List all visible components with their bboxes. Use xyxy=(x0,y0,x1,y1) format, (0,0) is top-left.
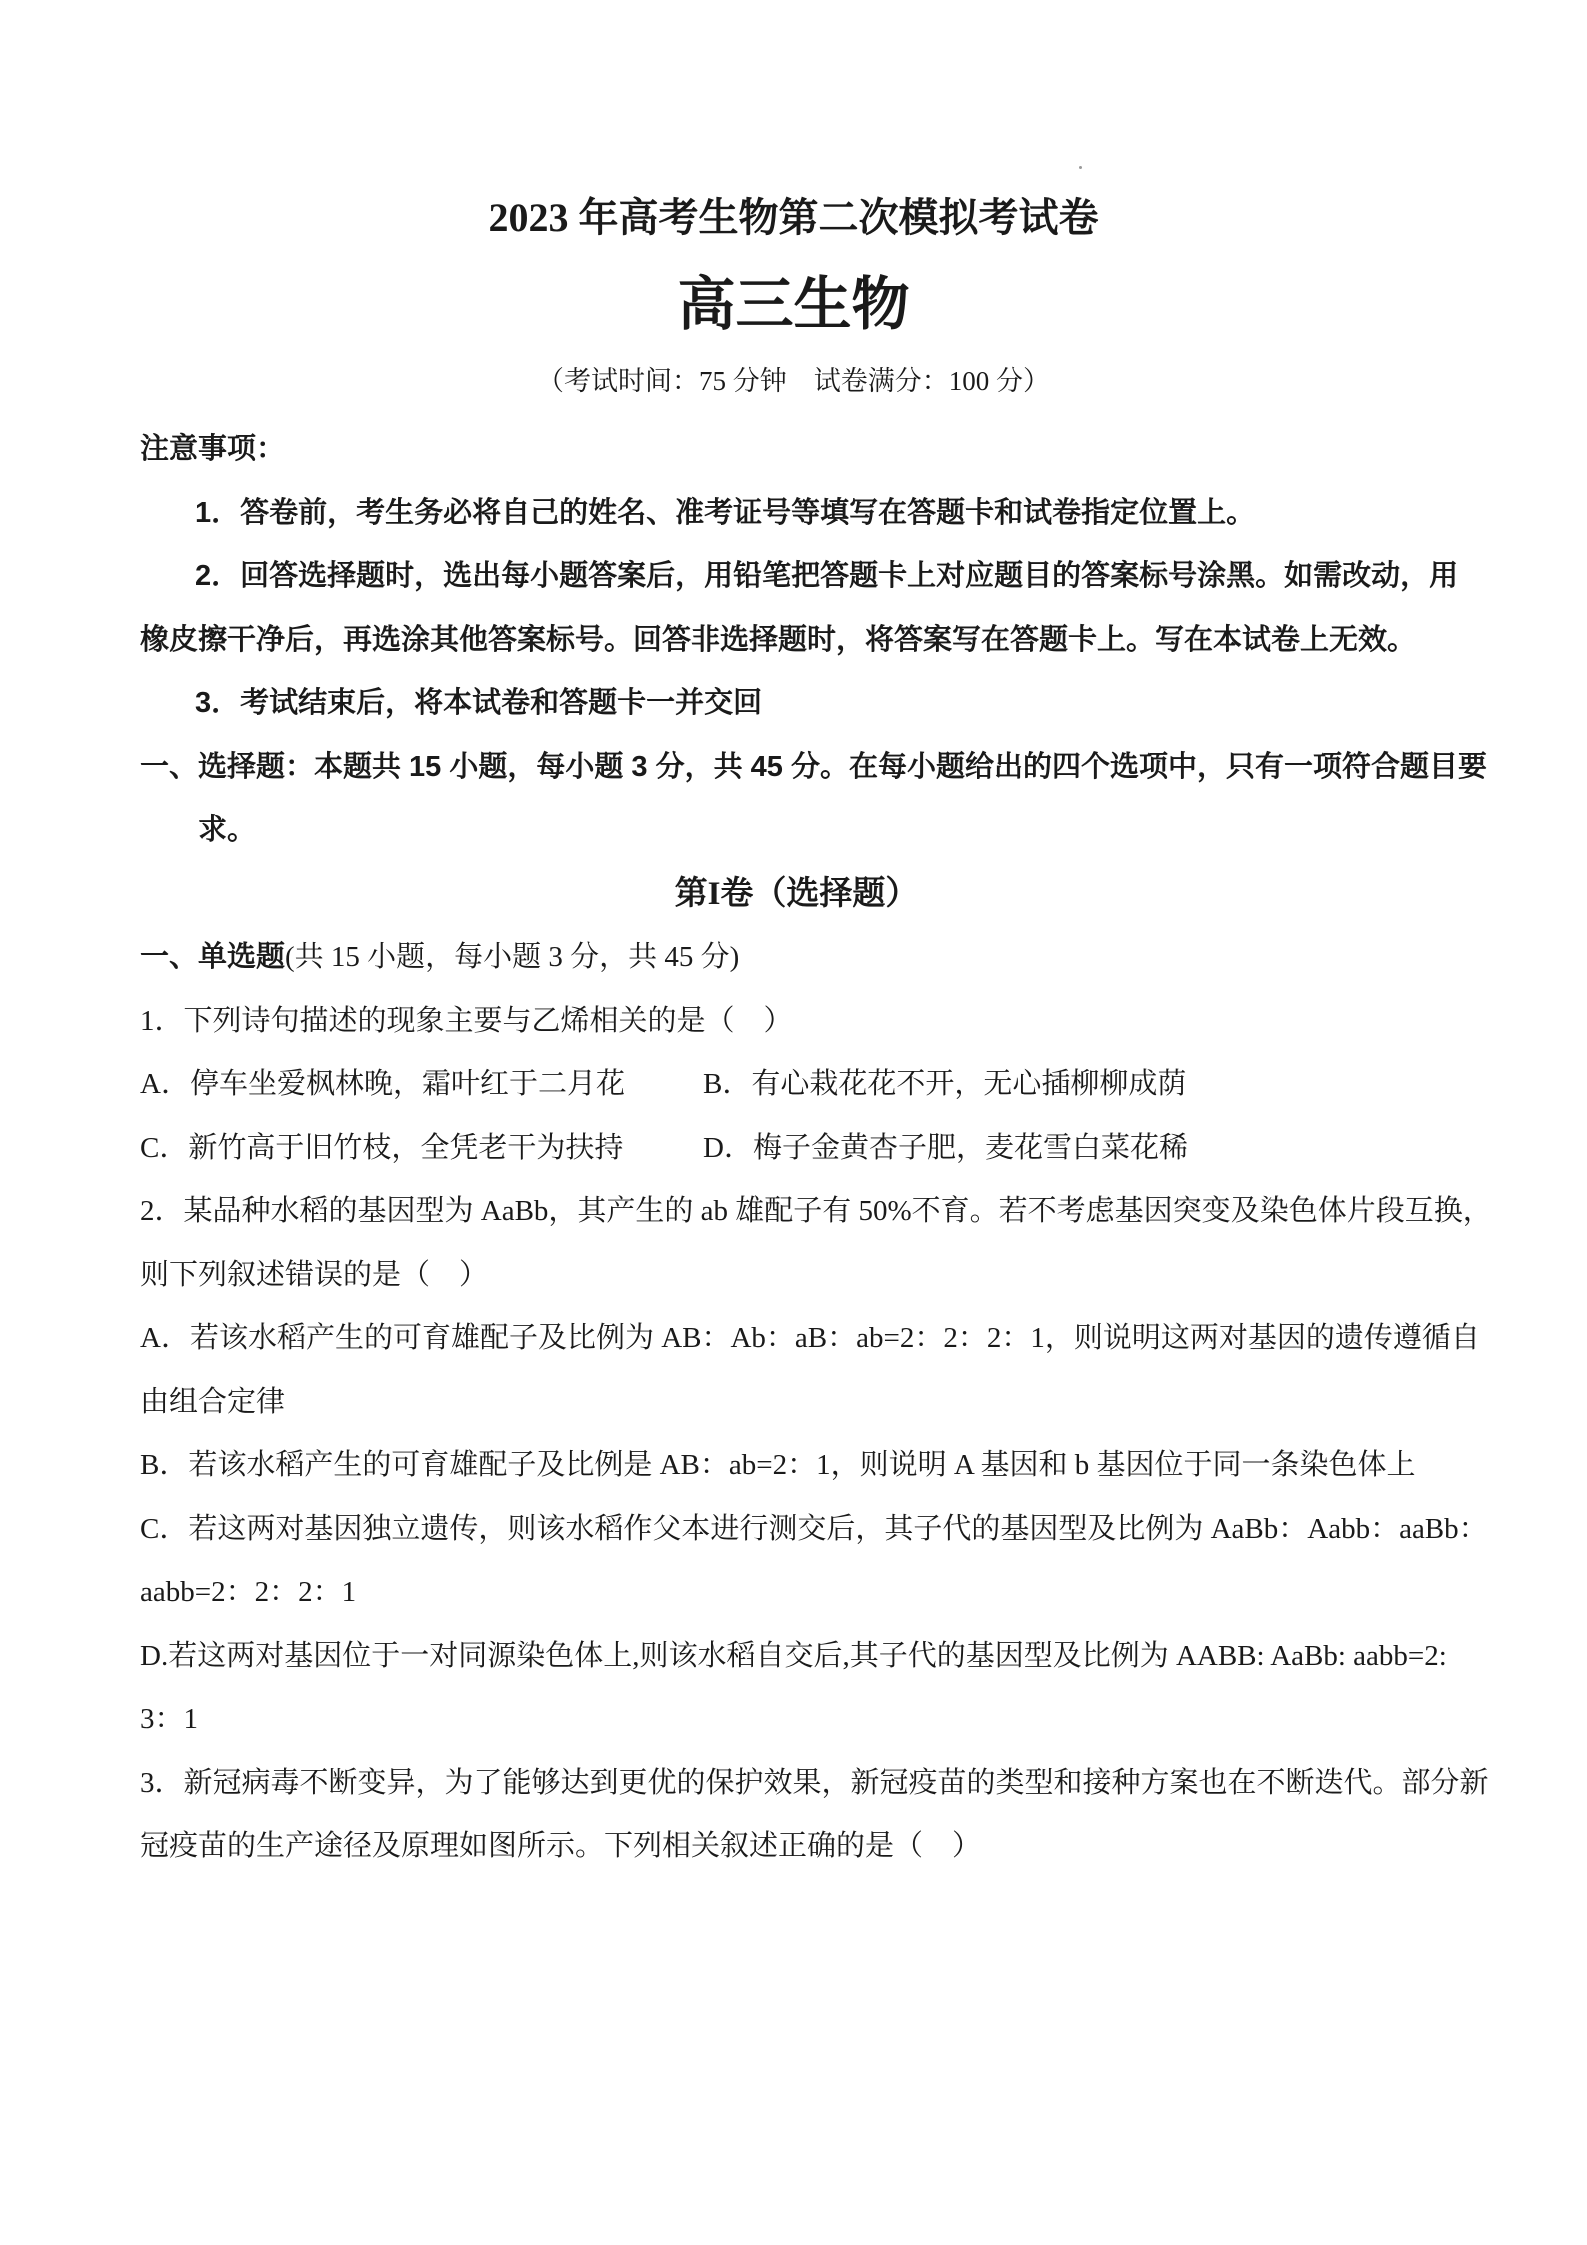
notice-item-2-line-2: 橡皮擦干净后，再选涂其他答案标号。回答非选择题时，将答案写在答题卡上。写在本试卷… xyxy=(140,609,1453,673)
question-3-stem-line-1: 3．新冠病毒不断变异，为了能够达到更优的保护效果，新冠疫苗的类型和接种方案也在不… xyxy=(140,1752,1453,1816)
question-2-option-c-line-2: aabb=2：2：2：1 xyxy=(140,1561,1453,1625)
stray-dot xyxy=(1079,166,1082,169)
question-2-option-b: B．若该水稻产生的可育雄配子及比例是 AB：ab=2：1，则说明 A 基因和 b… xyxy=(140,1434,1453,1498)
question-2-option-a-line-2: 由组合定律 xyxy=(140,1371,1453,1435)
question-3-stem-line-2: 冠疫苗的生产途径及原理如图所示。下列相关叙述正确的是（ ） xyxy=(140,1815,1453,1879)
part1-heading: 第I卷（选择题） xyxy=(140,863,1453,927)
notice-item-2-line-1: 2．回答选择题时，选出每小题答案后，用铅笔把答题卡上对应题目的答案标号涂黑。如需… xyxy=(140,545,1453,609)
exam-title: 2023 年高考生物第二次模拟考试卷 xyxy=(0,193,1587,243)
section-intro-line-2: 求。 xyxy=(140,799,1453,863)
question-2-stem-line-2: 则下列叙述错误的是（ ） xyxy=(140,1244,1453,1308)
question-1-option-d: D．梅子金黄杏子肥，麦花雪白菜花稀 xyxy=(703,1132,1188,1164)
question-1-option-b: B．有心栽花花不开，无心插柳柳成荫 xyxy=(703,1068,1186,1100)
question-1-stem: 1．下列诗句描述的现象主要与乙烯相关的是（ ） xyxy=(140,990,1453,1054)
question-2-stem-line-1: 2．某品种水稻的基因型为 AaBb，其产生的 ab 雄配子有 50%不育。若不考… xyxy=(140,1180,1453,1244)
question-1-option-c: C．新竹高于旧竹枝，全凭老干为扶持 xyxy=(140,1117,703,1181)
question-2-option-d-line-1: D.若这两对基因位于一对同源染色体上,则该水稻自交后,其子代的基因型及比例为 A… xyxy=(140,1625,1453,1689)
notice-item-3: 3．考试结束后，将本试卷和答题卡一并交回 xyxy=(140,672,1453,736)
exam-subject-title: 高三生物 xyxy=(0,272,1587,338)
notice-heading: 注意事项： xyxy=(140,418,1453,482)
part1-subheading-bold: 一、单选题 xyxy=(140,941,285,973)
question-2-option-a-line-1: A．若该水稻产生的可育雄配子及比例为 AB：Ab：aB：ab=2：2：2：1，则… xyxy=(140,1307,1453,1371)
question-1-option-a: A．停车坐爱枫林晚，霜叶红于二月花 xyxy=(140,1053,703,1117)
question-1-options-row-cd: C．新竹高于旧竹枝，全凭老干为扶持D．梅子金黄杏子肥，麦花雪白菜花稀 xyxy=(140,1117,1453,1181)
document-body: 注意事项： 1．答卷前，考生务必将自己的姓名、准考证号等填写在答题卡和试卷指定位… xyxy=(140,418,1453,1879)
question-1-options-row-ab: A．停车坐爱枫林晚，霜叶红于二月花B．有心栽花花不开，无心插柳柳成荫 xyxy=(140,1053,1453,1117)
question-2-option-c-line-1: C．若这两对基因独立遗传，则该水稻作父本进行测交后，其子代的基因型及比例为 Aa… xyxy=(140,1498,1453,1562)
exam-paper-page: 2023 年高考生物第二次模拟考试卷 高三生物 （考试时间：75 分钟 试卷满分… xyxy=(0,0,1587,2245)
part1-subheading-rest: (共 15 小题，每小题 3 分，共 45 分) xyxy=(285,941,739,973)
part1-subheading: 一、单选题(共 15 小题，每小题 3 分，共 45 分) xyxy=(140,926,1453,990)
notice-item-1: 1．答卷前，考生务必将自己的姓名、准考证号等填写在答题卡和试卷指定位置上。 xyxy=(140,482,1453,546)
question-2-option-d-line-2: 3：1 xyxy=(140,1688,1453,1752)
section-intro-line-1: 一、选择题：本题共 15 小题，每小题 3 分，共 45 分。在每小题给出的四个… xyxy=(140,736,1453,800)
exam-meta-info: （考试时间：75 分钟 试卷满分：100 分） xyxy=(0,364,1587,398)
